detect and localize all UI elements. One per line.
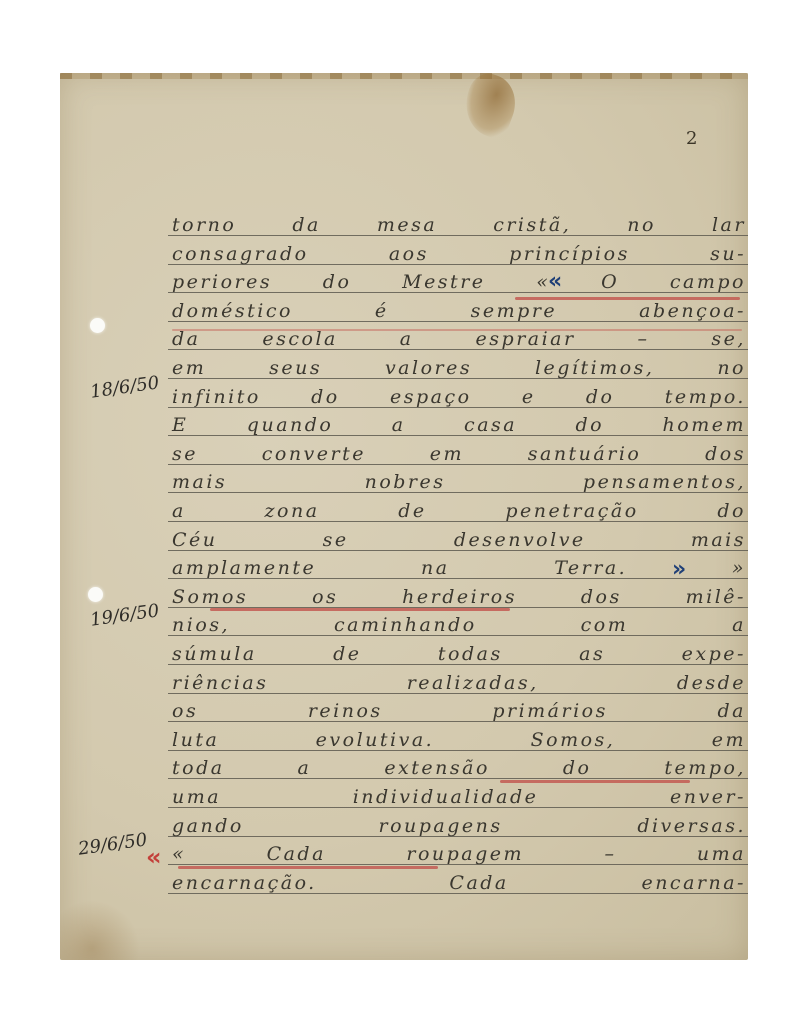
handwritten-word: em (430, 443, 464, 465)
handwritten-word: do (323, 271, 352, 293)
handwritten-word: os (312, 586, 338, 608)
handwritten-word: cristã, (493, 214, 571, 236)
handwritten-word: torno (172, 214, 236, 236)
handwritten-word: extensão (384, 757, 490, 779)
handwritten-word: na (421, 557, 450, 579)
handwritten-word: a (392, 414, 406, 436)
handwritten-word: herdeiros (402, 586, 517, 608)
handwritten-word: gando (172, 815, 244, 837)
margin-date: 18/6/50 (89, 372, 161, 402)
handwritten-word: amplamente (172, 557, 316, 579)
red-underline-domestico (172, 329, 742, 331)
handwritten-word: nobres (365, 471, 446, 493)
handwritten-word: uma (172, 786, 221, 808)
handwritten-word: do (717, 500, 746, 522)
handwritten-word: santuário (528, 443, 642, 465)
handwritten-word: sempre (471, 300, 558, 322)
handwritten-word: as (579, 643, 605, 665)
handwritten-word: E (172, 414, 188, 436)
handwritten-line: nios,caminhandocoma (172, 610, 746, 636)
handwritten-word: da (172, 328, 201, 350)
handwritten-word: da (292, 214, 321, 236)
handwritten-word: de (333, 643, 361, 665)
handwritten-word: reinos (308, 700, 383, 722)
handwritten-word: luta (172, 729, 219, 751)
handwritten-word: toda (172, 757, 225, 779)
handwritten-line: gandoroupagensdiversas. (172, 811, 746, 837)
handwritten-word: a (298, 757, 312, 779)
handwritten-word: realizadas, (407, 672, 539, 694)
handwritten-word: penetração (505, 500, 638, 522)
handwritten-word: todas (438, 643, 503, 665)
handwritten-word: escola (262, 328, 337, 350)
handwritten-word: Somos (172, 586, 248, 608)
handwritten-word: « (172, 843, 186, 865)
punch-hole-bottom (88, 587, 103, 602)
handwritten-line: infinitodoespaçoedotempo. (172, 382, 746, 408)
handwritten-word: tempo, (664, 757, 746, 779)
handwritten-line: Equandoacasadohomem (172, 410, 746, 436)
page-number: 2 (686, 128, 697, 149)
handwritten-word: se (323, 529, 349, 551)
water-stain (456, 68, 524, 141)
handwritten-word: dos (705, 443, 746, 465)
handwritten-word: O (601, 271, 619, 293)
handwritten-word: no (717, 357, 746, 379)
handwritten-word: e (522, 386, 536, 408)
handwritten-word: em (172, 357, 206, 379)
handwritten-word: princípios (509, 243, 630, 265)
handwritten-word: roupagem (406, 843, 524, 865)
handwritten-word: uma (697, 843, 746, 865)
handwritten-word: campo (670, 271, 746, 293)
handwritten-word: encarna- (641, 872, 746, 894)
handwritten-word: a (732, 614, 746, 636)
handwritten-word: homem (663, 414, 746, 436)
handwritten-word: Céu (172, 529, 218, 551)
handwritten-word: nios, (172, 614, 230, 636)
handwritten-word: mais (172, 471, 227, 493)
handwritten-line: lutaevolutiva.Somos,em (172, 725, 746, 751)
blue-close-quote-mark: » (672, 557, 686, 582)
handwritten-word: doméstico (172, 300, 293, 322)
handwritten-word: de (398, 500, 426, 522)
handwritten-word: consagrado (172, 243, 309, 265)
handwritten-word: casa (464, 414, 517, 436)
handwritten-word: lar (712, 214, 746, 236)
handwritten-word: a (172, 500, 186, 522)
handwritten-line: todaaextensãodotempo, (172, 753, 746, 779)
handwritten-line: «Cadaroupagem–uma (172, 839, 746, 865)
handwritten-word: aos (389, 243, 429, 265)
handwritten-word: expe- (682, 643, 746, 665)
handwritten-word: encarnação. (172, 872, 317, 894)
red-open-quote-mark: « (146, 843, 162, 871)
margin-date: 19/6/50 (89, 601, 161, 631)
handwritten-word: espaço (390, 386, 472, 408)
handwritten-word: Cada (267, 843, 326, 865)
handwritten-word: os (172, 700, 198, 722)
handwritten-line: riênciasrealizadas,desde (172, 668, 746, 694)
handwritten-word: – (638, 328, 650, 350)
handwritten-line: azonadepenetraçãodo (172, 496, 746, 522)
handwritten-word: valores (385, 357, 472, 379)
handwritten-word: com (581, 614, 629, 636)
handwritten-word: pensamentos, (583, 471, 746, 493)
handwritten-word: do (311, 386, 340, 408)
handwritten-word: legítimos, (535, 357, 655, 379)
handwritten-line: súmuladetodasasexpe- (172, 639, 746, 665)
handwritten-word: do (586, 386, 615, 408)
handwritten-line: Somososherdeirosdosmilê- (172, 582, 746, 608)
handwritten-word: » (732, 557, 746, 579)
handwritten-word: tempo. (665, 386, 746, 408)
handwritten-line: perioresdoMestre«Ocampo (172, 267, 746, 293)
handwritten-word: quando (247, 414, 334, 436)
handwritten-word: – (604, 843, 616, 865)
handwritten-word: do (563, 757, 592, 779)
handwritten-word: individualidade (353, 786, 539, 808)
handwritten-word: mesa (377, 214, 437, 236)
handwritten-word: desde (677, 672, 746, 694)
handwritten-word: se, (711, 328, 746, 350)
red-underline-campo (515, 297, 740, 300)
handwritten-word: mais (691, 529, 746, 551)
handwritten-word: diversas. (637, 815, 746, 837)
handwritten-word: é (375, 300, 389, 322)
handwritten-word: em (712, 729, 746, 751)
handwritten-word: seus (269, 357, 322, 379)
handwritten-word: da (717, 700, 746, 722)
handwritten-word: se (172, 443, 198, 465)
handwritten-word: enver- (670, 786, 746, 808)
manuscript-page: 2 tornodamesacristã,nolarconsagradoaospr… (60, 73, 748, 960)
handwritten-word: Mestre (402, 271, 485, 293)
handwritten-word: espraiar (476, 328, 576, 350)
handwritten-line: emseusvaloreslegítimos,no (172, 353, 746, 379)
red-underline-somos-herdeiros (210, 608, 510, 611)
handwritten-word: periores (172, 271, 272, 293)
handwritten-word: riências (172, 672, 268, 694)
handwritten-line: umaindividualidadeenver- (172, 782, 746, 808)
handwritten-word: milê- (686, 586, 746, 608)
handwritten-word: roupagens (379, 815, 503, 837)
blue-open-quote-mark: « (548, 269, 562, 294)
handwritten-word: evolutiva. (316, 729, 435, 751)
handwritten-word: infinito (172, 386, 261, 408)
handwritten-word: su- (710, 243, 746, 265)
handwritten-line: osreinosprimáriosda (172, 696, 746, 722)
handwritten-line: maisnobrespensamentos, (172, 467, 746, 493)
handwritten-line: Céusedesenvolvemais (172, 525, 746, 551)
handwritten-line: tornodamesacristã,nolar (172, 210, 746, 236)
handwritten-word: caminhando (334, 614, 477, 636)
handwritten-word: zona (265, 500, 320, 522)
handwritten-word: abençoa- (639, 300, 746, 322)
red-underline-cada-roupagem (178, 866, 438, 869)
handwritten-word: do (576, 414, 605, 436)
handwritten-word: no (627, 214, 656, 236)
handwritten-word: Cada (449, 872, 508, 894)
handwritten-line: amplamentenaTerra.» (172, 553, 746, 579)
handwritten-word: converte (262, 443, 366, 465)
handwritten-word: Somos, (531, 729, 616, 751)
handwritten-line: seconverteemsantuáriodos (172, 439, 746, 465)
margin-date: 29/6/50 (77, 829, 149, 859)
punch-hole-top (90, 318, 105, 333)
corner-stain (60, 900, 140, 960)
handwritten-line: encarnação.Cadaencarna- (172, 868, 746, 894)
paper-top-edge (60, 73, 748, 79)
handwritten-word: primários (492, 700, 608, 722)
handwritten-word: Terra. (554, 557, 627, 579)
handwritten-word: desenvolve (454, 529, 586, 551)
handwritten-word: súmula (172, 643, 257, 665)
handwritten-word: a (400, 328, 414, 350)
handwritten-word: dos (581, 586, 622, 608)
red-underline-somos-em (500, 780, 690, 783)
handwritten-line: consagradoaosprincípiossu- (172, 239, 746, 265)
